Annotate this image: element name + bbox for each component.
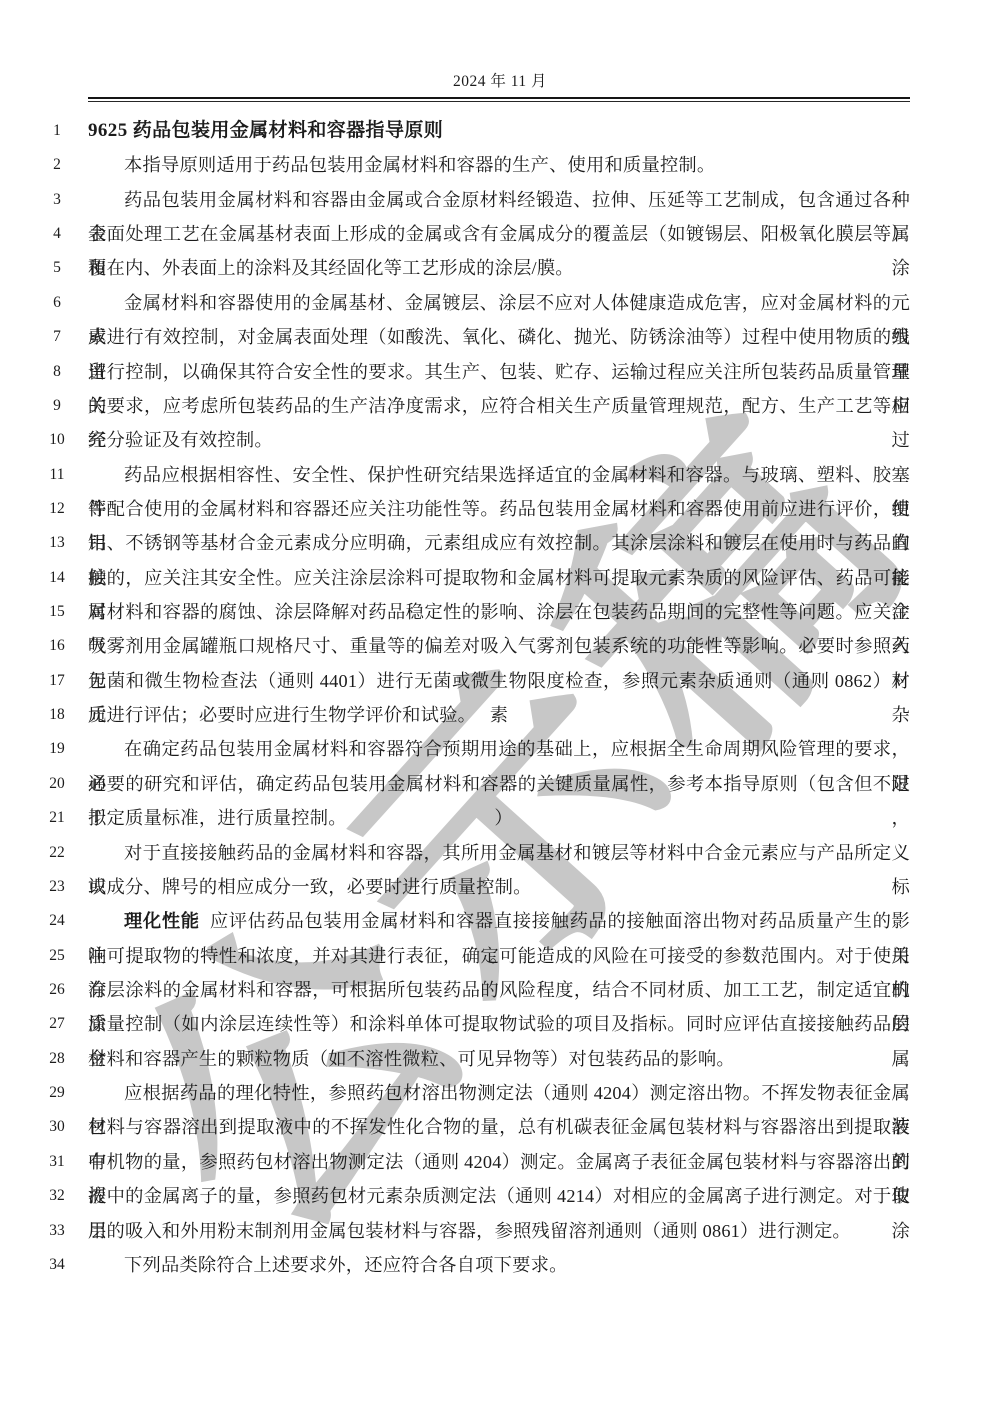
line-number: 29 — [36, 1076, 78, 1110]
text-line: 3 药品包装用金属材料和容器由金属或合金原材料经锻造、拉伸、压延等工艺制成，包含… — [0, 183, 1000, 217]
line-number: 12 — [36, 492, 78, 526]
text-line: 7 成进行有效控制，对金属表面处理（如酸洗、氧化、磷化、抛光、防锈涂油等）过程中… — [0, 320, 1000, 354]
line-number: 7 — [36, 320, 78, 354]
line-text: 质进行评估；必要时应进行生物学评价和试验。 — [88, 698, 910, 732]
text-line: 10 充分验证及有效控制。 — [0, 423, 1000, 457]
line-number: 10 — [36, 423, 78, 457]
text-line: 12 件配合使用的金属材料和容器还应关注功能性等。药品包装用金属材料和容器使用前… — [0, 492, 1000, 526]
text-line: 4 表面处理工艺在金属基材表面上形成的金属或含有金属成分的覆盖层（如镀锡层、阳极… — [0, 217, 1000, 251]
line-text: 下列品类除符合上述要求外，还应符合各自项下要求。 — [88, 1248, 910, 1282]
text-line: 28 材料和容器产生的颗粒物质（如不溶性微粒、可见异物等）对包装药品的影响。 — [0, 1042, 1000, 1076]
line-number: 27 — [36, 1007, 78, 1041]
line-number: 31 — [36, 1145, 78, 1179]
line-number: 11 — [36, 458, 78, 492]
line-number: 28 — [36, 1042, 78, 1076]
text-line: 29 应根据药品的理化特性，参照药包材溶出物测定法（通则 4204）测定溶出物。… — [0, 1076, 1000, 1110]
text-line: 25 注可提取物的特性和浓度，并对其进行表征，确定可能造成的风险在可接受的参数范… — [0, 939, 1000, 973]
line-number: 33 — [36, 1214, 78, 1248]
line-number: 26 — [36, 973, 78, 1007]
line-number: 20 — [36, 767, 78, 801]
text-line: 27 质量控制（如内涂层连续性等）和涂料单体可提取物试验的项目及指标。同时应评估… — [0, 1007, 1000, 1041]
run-in-heading: 理化性能 — [124, 911, 200, 931]
text-line: 23 识成分、牌号的相应成分一致，必要时进行质量控制。 — [0, 870, 1000, 904]
text-line: 9 关要求，应考虑所包装药品的生产洁净度需求，应符合相关生产质量管理规范，配方、… — [0, 389, 1000, 423]
header-divider — [88, 97, 910, 102]
text-line: 24 理化性能应评估药品包装用金属材料和容器直接接触药品的接触面溶出物对药品质量… — [0, 904, 1000, 938]
text-line: 22 对于直接接触药品的金属材料和容器，其所用金属基材和镀层等材料中合金元素应与… — [0, 836, 1000, 870]
line-number: 32 — [36, 1179, 78, 1213]
text-line: 16 气雾剂用金属罐瓶口规格尺寸、重量等的偏差对吸入气雾剂包装系统的功能性等影响… — [0, 629, 1000, 663]
line-number: 19 — [36, 732, 78, 766]
line-number: 1 — [36, 114, 78, 148]
text-line: 5 覆在内、外表面上的涂料及其经固化等工艺形成的涂层/膜。 — [0, 251, 1000, 285]
text-line: 13 铝、不锈钢等基材合金元素成分应明确，元素组成应有效控制。其涂层涂料和镀层在… — [0, 526, 1000, 560]
line-number: 34 — [36, 1248, 78, 1282]
text-line: 19 在确定药品包装用金属材料和容器符合预期用途的基础上，应根据全生命周期风险管… — [0, 732, 1000, 766]
text-line: 8 进行控制，以确保其符合安全性的要求。其生产、包装、贮存、运输过程应关注所包装… — [0, 355, 1000, 389]
line-number: 4 — [36, 217, 78, 251]
line-number: 13 — [36, 526, 78, 560]
text-line: 20 必要的研究和评估，确定药品包装用金属材料和容器的关键质量属性，参考本指导原… — [0, 767, 1000, 801]
text-line: 14 触的，应关注其安全性。应关注涂层涂料可提取物和金属材料可提取元素杂质的风险… — [0, 561, 1000, 595]
line-number: 16 — [36, 629, 78, 663]
line-text: 拟定质量标准，进行质量控制。 — [88, 801, 910, 835]
text-line: 17 无菌和微生物检查法（通则 4401）进行无菌或微生物限度检查，参照元素杂质… — [0, 664, 1000, 698]
text-line: 18 质进行评估；必要时应进行生物学评价和试验。 — [0, 698, 1000, 732]
line-number: 22 — [36, 836, 78, 870]
line-text: 覆在内、外表面上的涂料及其经固化等工艺形成的涂层/膜。 — [88, 251, 910, 285]
text-line: 30 材料与容器溶出到提取液中的不挥发性化合物的量，总有机碳表征金属包装材料与容… — [0, 1110, 1000, 1144]
document-body: 1 9625 药品包装用金属材料和容器指导原则 2 本指导原则适用于药品包装用金… — [0, 114, 1000, 1282]
text-line: 26 涂层涂料的金属材料和容器，可根据所包装药品的风险程度，结合不同材质、加工工… — [0, 973, 1000, 1007]
text-line: 31 有机物的量，参照药包材溶出物测定法（通则 4204）测定。金属离子表征金属… — [0, 1145, 1000, 1179]
line-number: 23 — [36, 870, 78, 904]
line-number: 15 — [36, 595, 78, 629]
line-number: 17 — [36, 664, 78, 698]
text-line: 6 金属材料和容器使用的金属基材、金属镀层、涂层不应对人体健康造成危害，应对金属… — [0, 286, 1000, 320]
line-text: 识成分、牌号的相应成分一致，必要时进行质量控制。 — [88, 870, 910, 904]
line-number: 5 — [36, 251, 78, 285]
line-number: 8 — [36, 355, 78, 389]
text-line: 1 9625 药品包装用金属材料和容器指导原则 — [0, 114, 1000, 148]
text-line: 34 下列品类除符合上述要求外，还应符合各自项下要求。 — [0, 1248, 1000, 1282]
line-number: 6 — [36, 286, 78, 320]
text-line: 2 本指导原则适用于药品包装用金属材料和容器的生产、使用和质量控制。 — [0, 148, 1000, 182]
line-number: 3 — [36, 183, 78, 217]
line-number: 2 — [36, 148, 78, 182]
line-text: 充分验证及有效控制。 — [88, 423, 910, 457]
section-title: 9625 药品包装用金属材料和容器指导原则 — [88, 114, 910, 148]
line-number: 25 — [36, 939, 78, 973]
page-header-date: 2024 年 11 月 — [0, 69, 1000, 91]
line-number: 14 — [36, 561, 78, 595]
line-text: 层的吸入和外用粉末制剂用金属包装材料与容器，参照残留溶剂通则（通则 0861）进… — [88, 1214, 910, 1248]
line-text: 材料和容器产生的颗粒物质（如不溶性微粒、可见异物等）对包装药品的影响。 — [88, 1042, 910, 1076]
text-line: 33 层的吸入和外用粉末制剂用金属包装材料与容器，参照残留溶剂通则（通则 086… — [0, 1214, 1000, 1248]
line-number: 24 — [36, 904, 78, 938]
text-line: 11 药品应根据相容性、安全性、保护性研究结果选择适宜的金属材料和容器。与玻璃、… — [0, 458, 1000, 492]
text-line: 32 液中的金属离子的量，参照药包材元素杂质测定法（通则 4214）对相应的金属… — [0, 1179, 1000, 1213]
text-line: 21 拟定质量标准，进行质量控制。 — [0, 801, 1000, 835]
line-number: 21 — [36, 801, 78, 835]
text-line: 15 属材料和容器的腐蚀、涂层降解对药品稳定性的影响、涂层在包装药品期间的完整性… — [0, 595, 1000, 629]
line-number: 9 — [36, 389, 78, 423]
line-number: 18 — [36, 698, 78, 732]
document-page: 公示稿 2024 年 11 月 1 9625 药品包装用金属材料和容器指导原则 … — [0, 0, 1000, 1414]
line-text: 本指导原则适用于药品包装用金属材料和容器的生产、使用和质量控制。 — [88, 148, 910, 182]
line-number: 30 — [36, 1110, 78, 1144]
